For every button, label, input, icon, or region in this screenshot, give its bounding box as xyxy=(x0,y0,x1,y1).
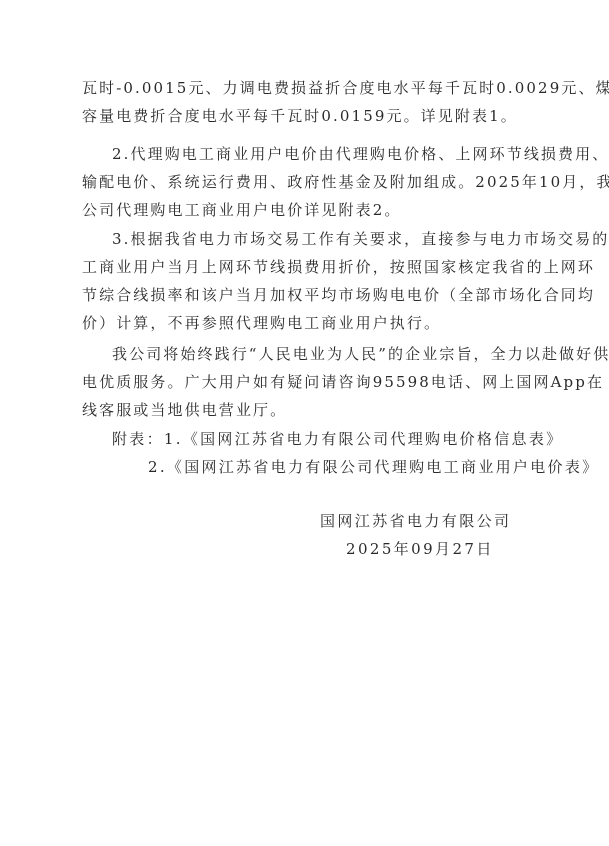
paragraph-4-line-3: 线客服或当地供电营业厅。 xyxy=(82,398,534,422)
paragraph-1-line-2: 容量电费折合度电水平每千瓦时0.0159元。详见附表1。 xyxy=(82,104,534,128)
paragraph-3-line-2: 工商业用户当月上网环节线损费用折价，按照国家核定我省的上网环 xyxy=(82,255,534,279)
paragraph-4-line-2: 电优质服务。广大用户如有疑问请咨询95598电话、网上国网App在 xyxy=(82,370,534,394)
paragraph-4-line-1: 我公司将始终践行“人民电业为人民”的企业宗旨，全力以赴做好供 xyxy=(112,342,534,366)
paragraph-2-line-2: 输配电价、系统运行费用、政府性基金及附加组成。2025年10月，我 xyxy=(82,170,534,194)
paragraph-2-line-1: 2.代理购电工商业用户电价由代理购电价格、上网环节线损费用、 xyxy=(112,142,534,166)
attachment-1: 附表：1.《国网江苏省电力有限公司代理购电价格信息表》 xyxy=(112,427,563,451)
paragraph-3-line-4: 价）计算，不再参照代理购电工商业用户执行。 xyxy=(82,311,534,335)
attachment-2: 2.《国网江苏省电力有限公司代理购电工商业用户电价表》 xyxy=(148,455,599,479)
paragraph-2-line-3: 公司代理购电工商业用户电价详见附表2。 xyxy=(82,198,534,222)
signature-organization: 国网江苏省电力有限公司 xyxy=(320,509,511,533)
paragraph-3-line-1: 3.根据我省电力市场交易工作有关要求，直接参与电力市场交易的 xyxy=(112,227,534,251)
attachment-1-title: 1.《国网江苏省电力有限公司代理购电价格信息表》 xyxy=(164,430,564,448)
signature-date: 2025年09月27日 xyxy=(346,537,494,561)
document-page: 瓦时-0.0015元、力调电费损益折合度电水平每千瓦时0.0029元、煤电 容量… xyxy=(0,0,609,846)
attachments-label: 附表： xyxy=(112,430,164,448)
paragraph-1-line-1: 瓦时-0.0015元、力调电费损益折合度电水平每千瓦时0.0029元、煤电 xyxy=(82,76,534,100)
paragraph-3-line-3: 节综合线损率和该户当月加权平均市场购电电价（全部市场化合同均 xyxy=(82,283,534,307)
